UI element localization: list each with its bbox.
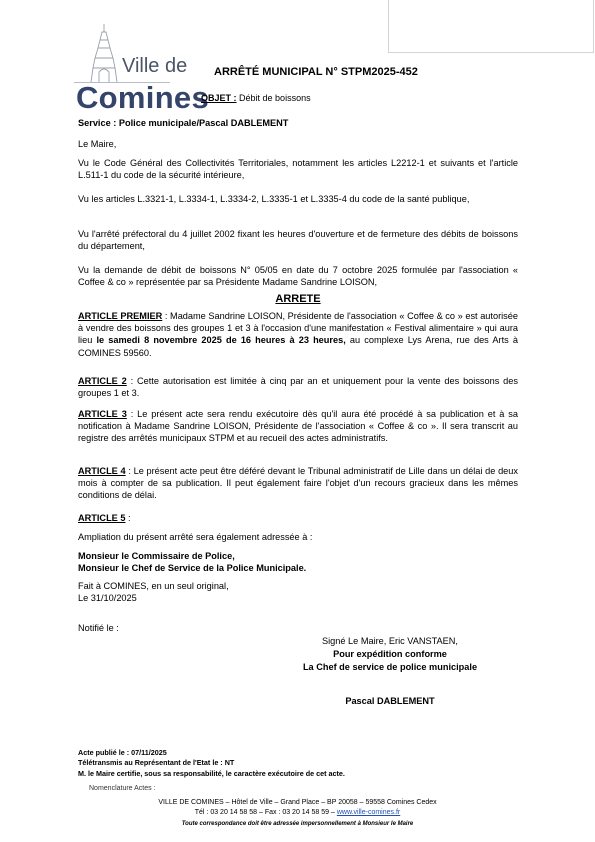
objet-value: Débit de boissons <box>239 93 311 103</box>
article-date-bold: le samedi 8 novembre 2025 de 16 heures à… <box>96 335 345 345</box>
signature-date: Le 31/10/2025 <box>78 592 518 604</box>
church-steeple-icon <box>86 22 122 84</box>
logo-ville-de: Ville de <box>122 55 187 78</box>
fait-a: Fait à COMINES, en un seul original, <box>78 580 518 592</box>
footer-published: Acte publié le : 07/11/2025 <box>78 748 167 759</box>
article-label: ARTICLE 3 <box>78 409 127 419</box>
recipient-1: Monsieur le Commissaire de Police, <box>78 550 518 562</box>
footer-teletransmis: Télétransmis au Représentant de l'Etat l… <box>78 758 234 769</box>
service-line: Service : Police municipale/Pascal DABLE… <box>78 117 518 129</box>
article-4: ARTICLE 4 : Le présent acte peut être dé… <box>78 465 518 502</box>
article-5: ARTICLE 5 : <box>78 512 518 524</box>
article-label: ARTICLE 5 <box>78 513 125 523</box>
objet-line: OBJET : Débit de boissons <box>201 93 311 103</box>
decision-heading: ARRETE <box>78 293 518 305</box>
city-logo: Ville de Comines <box>74 22 199 110</box>
website-link[interactable]: www.ville-comines.fr <box>337 809 400 816</box>
article-text: : Le présent acte sera rendu exécutoire … <box>78 409 518 443</box>
signature-role: La Chef de service de police municipale <box>260 661 520 674</box>
article-label: ARTICLE PREMIER <box>78 311 162 321</box>
article-text: : Le présent acte peut être déféré devan… <box>78 466 518 500</box>
article-2: ARTICLE 2 : Cette autorisation est limit… <box>78 375 518 399</box>
footer-phone-fax: Tél : 03 20 14 58 58 – Fax : 03 20 14 58… <box>195 809 337 816</box>
article-text: : <box>125 513 130 523</box>
notifie-le: Notifié le : <box>78 622 518 634</box>
footer-nomenclature: Nomenclature Actes : <box>89 785 156 792</box>
signature-name: Pascal DABLEMENT <box>260 695 520 708</box>
article-3: ARTICLE 3 : Le présent acte sera rendu e… <box>78 408 518 445</box>
ampliation: Ampliation du présent arrêté sera égalem… <box>78 531 518 543</box>
consideration-1: Vu le Code Général des Collectivités Ter… <box>78 157 518 181</box>
consideration-4: Vu la demande de débit de boissons N° 05… <box>78 264 518 288</box>
signature-mayor: Signé Le Maire, Eric VANSTAEN, <box>260 635 520 648</box>
objet-label: OBJET : <box>201 93 237 103</box>
footer-contact: Tél : 03 20 14 58 58 – Fax : 03 20 14 58… <box>60 808 535 818</box>
article-label: ARTICLE 4 <box>78 466 126 476</box>
article-text: : Cette autorisation est limitée à cinq … <box>78 376 518 398</box>
consideration-3: Vu l'arrêté préfectoral du 4 juillet 200… <box>78 228 518 252</box>
salutation: Le Maire, <box>78 138 518 150</box>
footer-address: VILLE DE COMINES – Hôtel de Ville – Gran… <box>60 798 535 808</box>
article-premier: ARTICLE PREMIER : Madame Sandrine LOISON… <box>78 310 518 359</box>
recipient-2: Monsieur le Chef de Service de la Police… <box>78 562 518 574</box>
consideration-2: Vu les articles L.3321-1, L.3334-1, L.33… <box>78 193 518 205</box>
logo-comines: Comines <box>76 80 209 116</box>
stamp-box <box>388 0 594 53</box>
footer-certifie: M. le Maire certifie, sous sa responsabi… <box>78 769 345 780</box>
signature-expedition: Pour expédition conforme <box>260 648 520 661</box>
document-title: ARRÊTÉ MUNICIPAL N° STPM2025-452 <box>214 66 418 78</box>
article-label: ARTICLE 2 <box>78 376 127 386</box>
footer-notice: Toute correspondance doit être adressée … <box>60 819 535 829</box>
